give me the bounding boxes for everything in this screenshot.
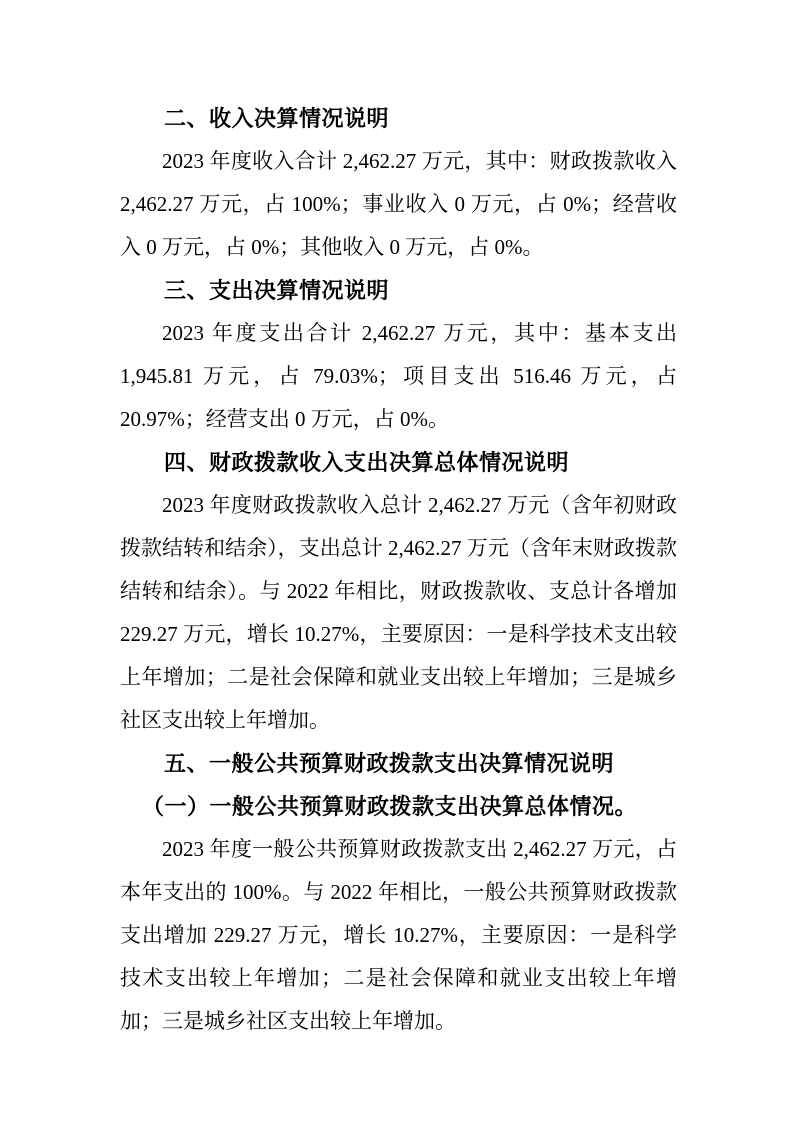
section-paragraph-public-budget: 2023 年度一般公共预算财政拨款支出 2,462.27 万元，占本年支出的 1… bbox=[120, 828, 677, 1043]
section-expenditure: 三、支出决算情况说明 2023 年度支出合计 2,462.27 万元，其中：基本… bbox=[120, 269, 677, 441]
section-heading-income: 二、收入决算情况说明 bbox=[120, 97, 677, 140]
section-fiscal-appropriation: 四、财政拨款收入支出决算总体情况说明 2023 年度财政拨款收入总计 2,462… bbox=[120, 441, 677, 742]
section-heading-expenditure: 三、支出决算情况说明 bbox=[120, 269, 677, 312]
section-income: 二、收入决算情况说明 2023 年度收入合计 2,462.27 万元，其中：财政… bbox=[120, 97, 677, 269]
document-page: 二、收入决算情况说明 2023 年度收入合计 2,462.27 万元，其中：财政… bbox=[0, 0, 793, 1122]
section-paragraph-fiscal-appropriation: 2023 年度财政拨款收入总计 2,462.27 万元（含年初财政拨款结转和结余… bbox=[120, 484, 677, 742]
section-paragraph-income: 2023 年度收入合计 2,462.27 万元，其中：财政拨款收入 2,462.… bbox=[120, 140, 677, 269]
section-heading-fiscal-appropriation: 四、财政拨款收入支出决算总体情况说明 bbox=[120, 441, 677, 484]
subsection-heading-public-budget-overall: （一）一般公共预算财政拨款支出决算总体情况。 bbox=[120, 785, 677, 828]
section-heading-public-budget: 五、一般公共预算财政拨款支出决算情况说明 bbox=[120, 742, 677, 785]
section-public-budget: 五、一般公共预算财政拨款支出决算情况说明 （一）一般公共预算财政拨款支出决算总体… bbox=[120, 742, 677, 1043]
section-paragraph-expenditure: 2023 年度支出合计 2,462.27 万元，其中：基本支出 1,945.81… bbox=[120, 312, 677, 441]
document-content: 二、收入决算情况说明 2023 年度收入合计 2,462.27 万元，其中：财政… bbox=[120, 97, 677, 1043]
